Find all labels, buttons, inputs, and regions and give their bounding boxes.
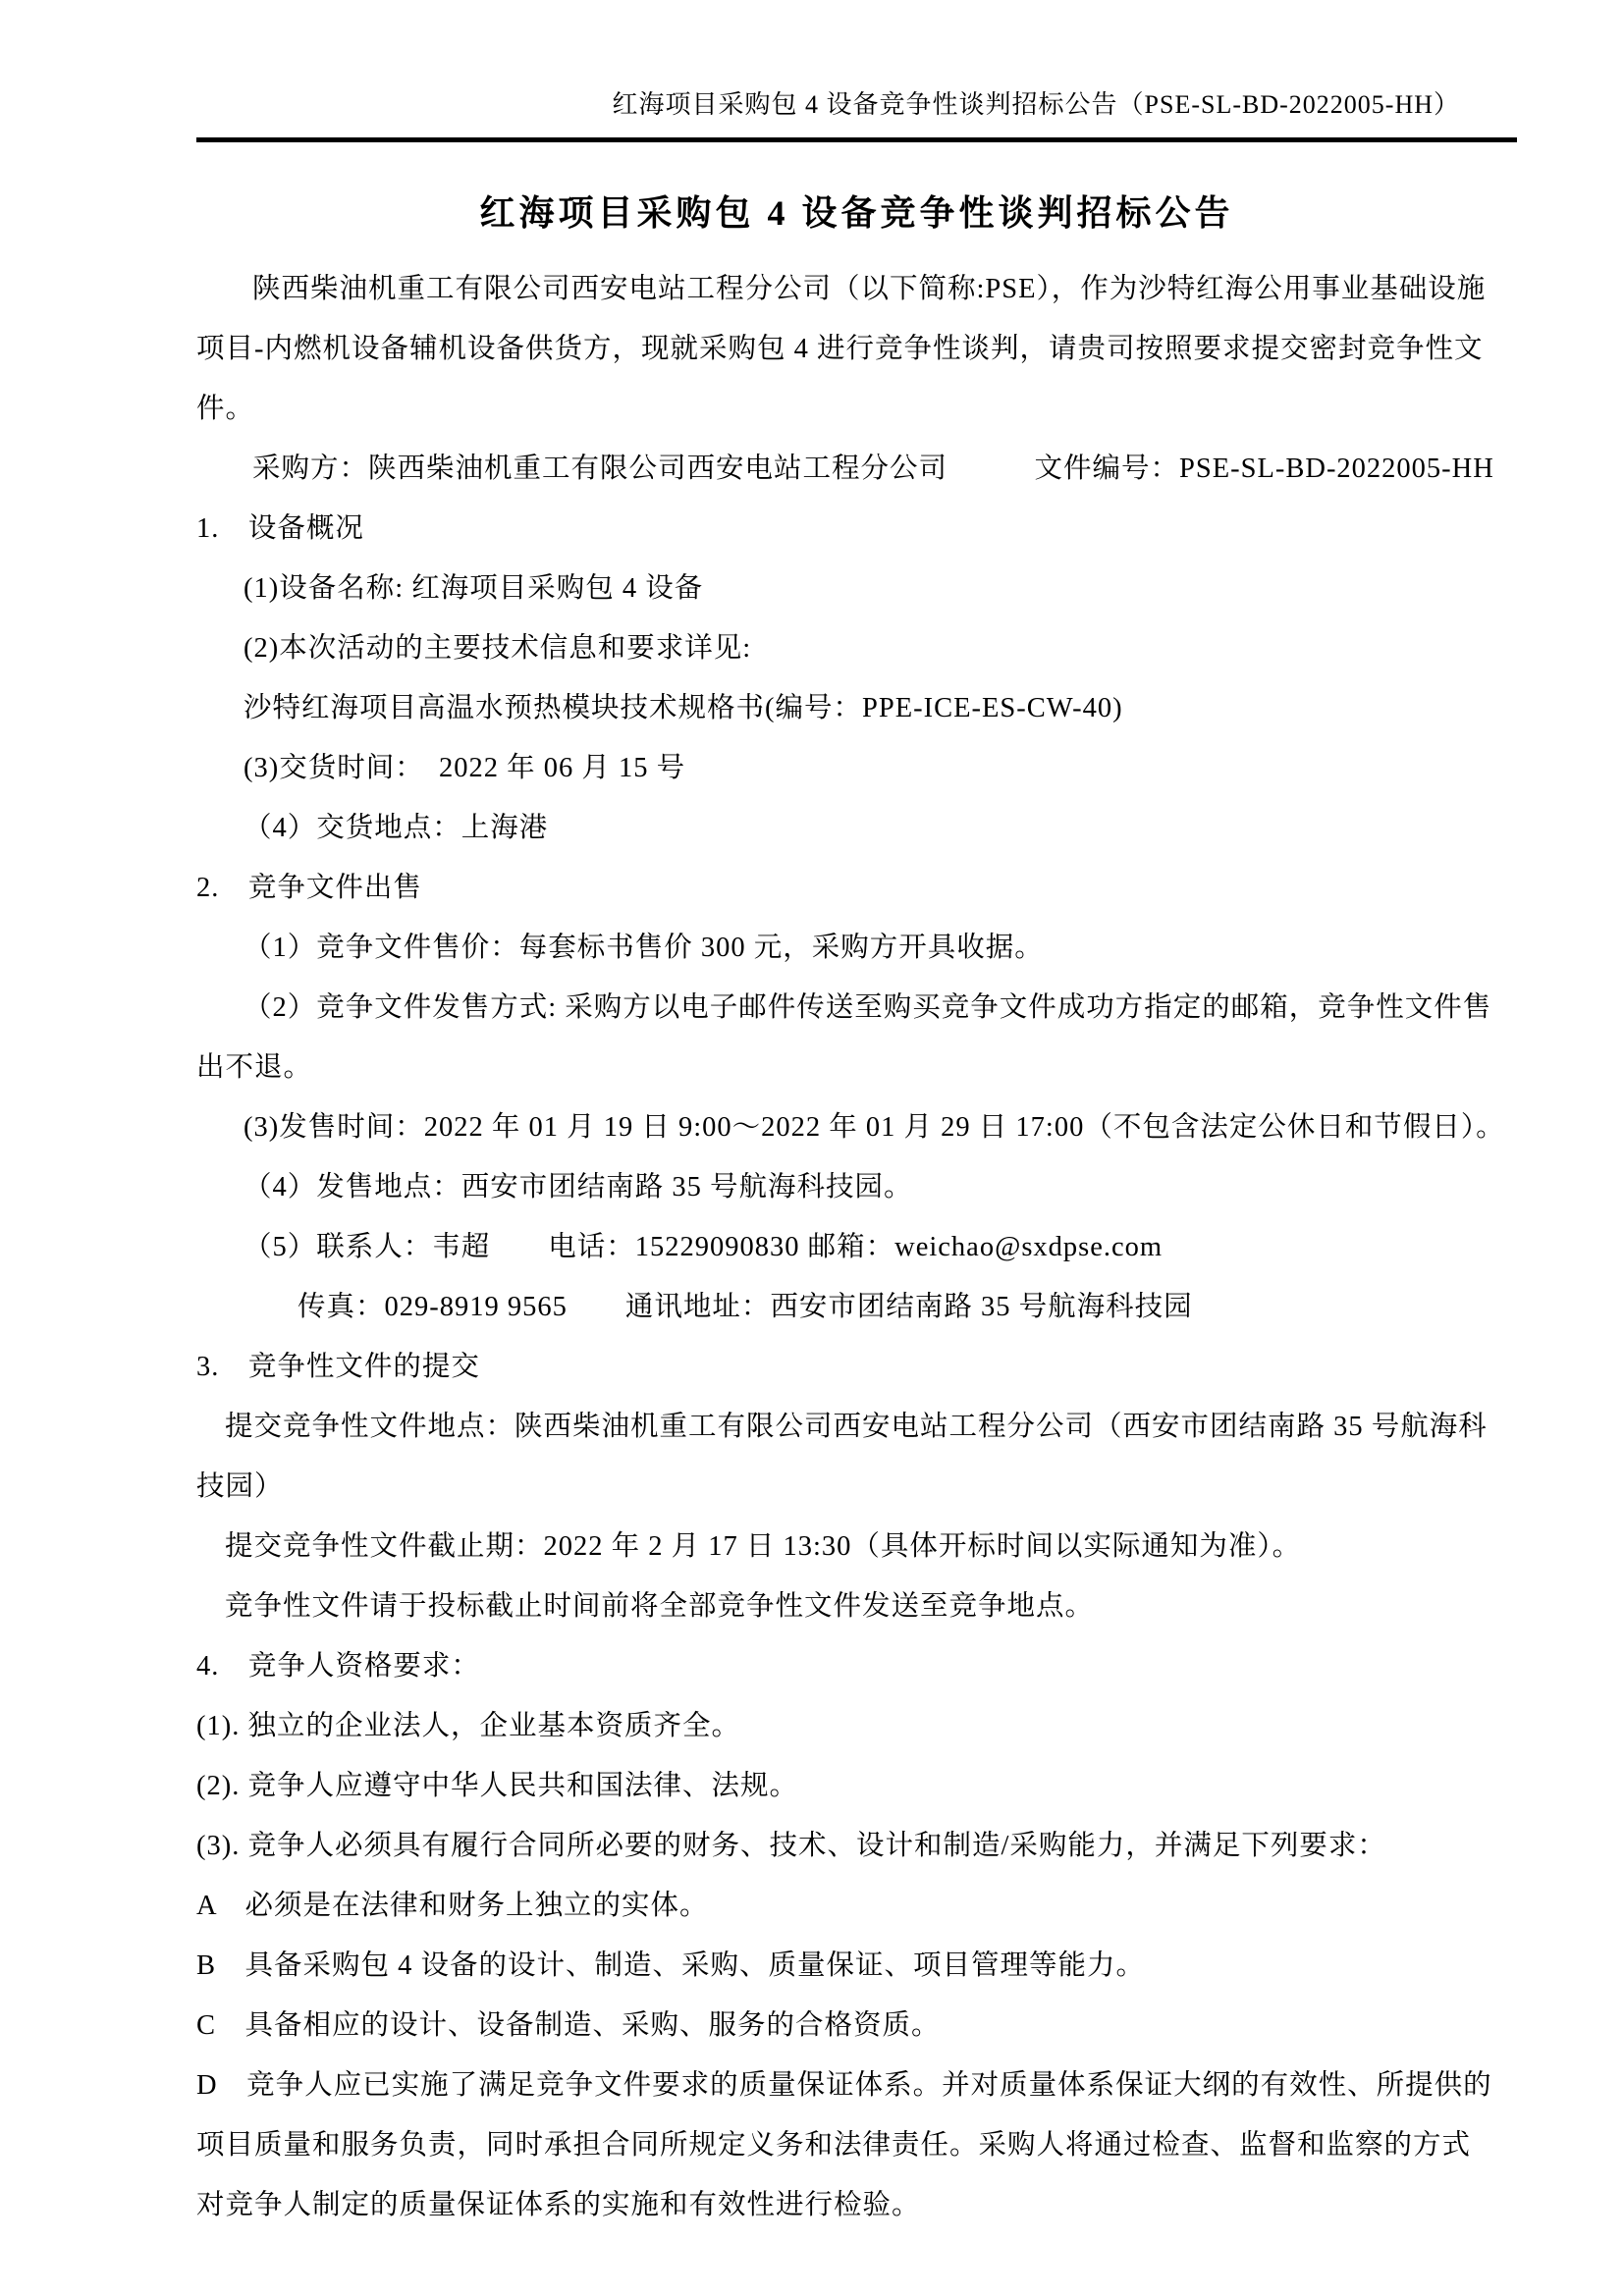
doc-line: 对竞争人制定的质量保证体系的实施和有效性进行检验。 [196, 2175, 1517, 2235]
page-header-reference: 红海项目采购包 4 设备竞争性谈判招标公告（PSE-SL-BD-2022005-… [196, 90, 1517, 120]
doc-line-section-2: 2. 竞争文件出售 [196, 858, 1517, 918]
doc-line: (3)发售时间：2022 年 01 月 19 日 9:00～2022 年 01 … [196, 1097, 1517, 1157]
doc-line: （5）联系人：韦超 电话：15229090830 邮箱：weichao@sxdp… [196, 1217, 1517, 1277]
doc-line-section-1: 1. 设备概况 [196, 499, 1517, 559]
doc-line-section-4: 4. 竞争人资格要求： [196, 1636, 1517, 1696]
document-page: 红海项目采购包 4 设备竞争性谈判招标公告（PSE-SL-BD-2022005-… [0, 0, 1624, 2296]
doc-line: 出不退。 [196, 1038, 1517, 1097]
doc-line: 采购方：陕西柴油机重工有限公司西安电站工程分公司 文件编号：PSE-SL-BD-… [196, 439, 1517, 499]
doc-line: 竞争性文件请于投标截止时间前将全部竞争性文件发送至竞争地点。 [196, 1576, 1517, 1636]
header-rule-divider [196, 137, 1517, 142]
doc-line: （1）竞争文件售价：每套标书售价 300 元，采购方开具收据。 [196, 918, 1517, 978]
doc-line: (3)交货时间： 2022 年 06 月 15 号 [196, 738, 1517, 798]
doc-line: 陕西柴油机重工有限公司西安电站工程分公司（以下简称:PSE），作为沙特红海公用事… [196, 259, 1517, 319]
doc-line: 技园） [196, 1457, 1517, 1517]
doc-line-item-d: D 竞争人应已实施了满足竞争文件要求的质量保证体系。并对质量体系保证大纲的有效性… [196, 2056, 1517, 2115]
doc-line: (2)本次活动的主要技术信息和要求详见: [196, 618, 1517, 678]
doc-line: 项目质量和服务负责，同时承担合同所规定义务和法律责任。采购人将通过检查、监督和监… [196, 2115, 1517, 2175]
doc-line: （2）竞争文件发售方式: 采购方以电子邮件传送至购买竞争文件成功方指定的邮箱，竞… [196, 978, 1517, 1038]
doc-line: (1)设备名称: 红海项目采购包 4 设备 [196, 559, 1517, 618]
document-body: 陕西柴油机重工有限公司西安电站工程分公司（以下简称:PSE），作为沙特红海公用事… [196, 259, 1517, 2235]
doc-line-section-3: 3. 竞争性文件的提交 [196, 1337, 1517, 1397]
doc-line: 提交竞争性文件地点：陕西柴油机重工有限公司西安电站工程分公司（西安市团结南路 3… [196, 1397, 1517, 1457]
doc-line: (2). 竞争人应遵守中华人民共和国法律、法规。 [196, 1756, 1517, 1816]
doc-line-item-c: C 具备相应的设计、设备制造、采购、服务的合格资质。 [196, 1996, 1517, 2056]
doc-line: 传真：029-8919 9565 通讯地址：西安市团结南路 35 号航海科技园 [196, 1277, 1517, 1337]
doc-line: 项目-内燃机设备辅机设备供货方，现就采购包 4 进行竞争性谈判，请贵司按照要求提… [196, 319, 1517, 379]
doc-line: （4）交货地点：上海港 [196, 798, 1517, 858]
doc-line: （4）发售地点：西安市团结南路 35 号航海科技园。 [196, 1157, 1517, 1217]
doc-line: 沙特红海项目高温水预热模块技术规格书(编号：PPE-ICE-ES-CW-40) [196, 678, 1517, 738]
doc-line: 提交竞争性文件截止期：2022 年 2 月 17 日 13:30（具体开标时间以… [196, 1517, 1517, 1576]
doc-line: (3). 竞争人必须具有履行合同所必要的财务、技术、设计和制造/采购能力，并满足… [196, 1816, 1517, 1876]
doc-line: 件。 [196, 379, 1517, 439]
doc-line-item-a: A 必须是在法律和财务上独立的实体。 [196, 1876, 1517, 1936]
doc-line: (1). 独立的企业法人，企业基本资质齐全。 [196, 1696, 1517, 1756]
document-title: 红海项目采购包 4 设备竞争性谈判招标公告 [196, 186, 1517, 236]
doc-line-item-b: B 具备采购包 4 设备的设计、制造、采购、质量保证、项目管理等能力。 [196, 1936, 1517, 1996]
